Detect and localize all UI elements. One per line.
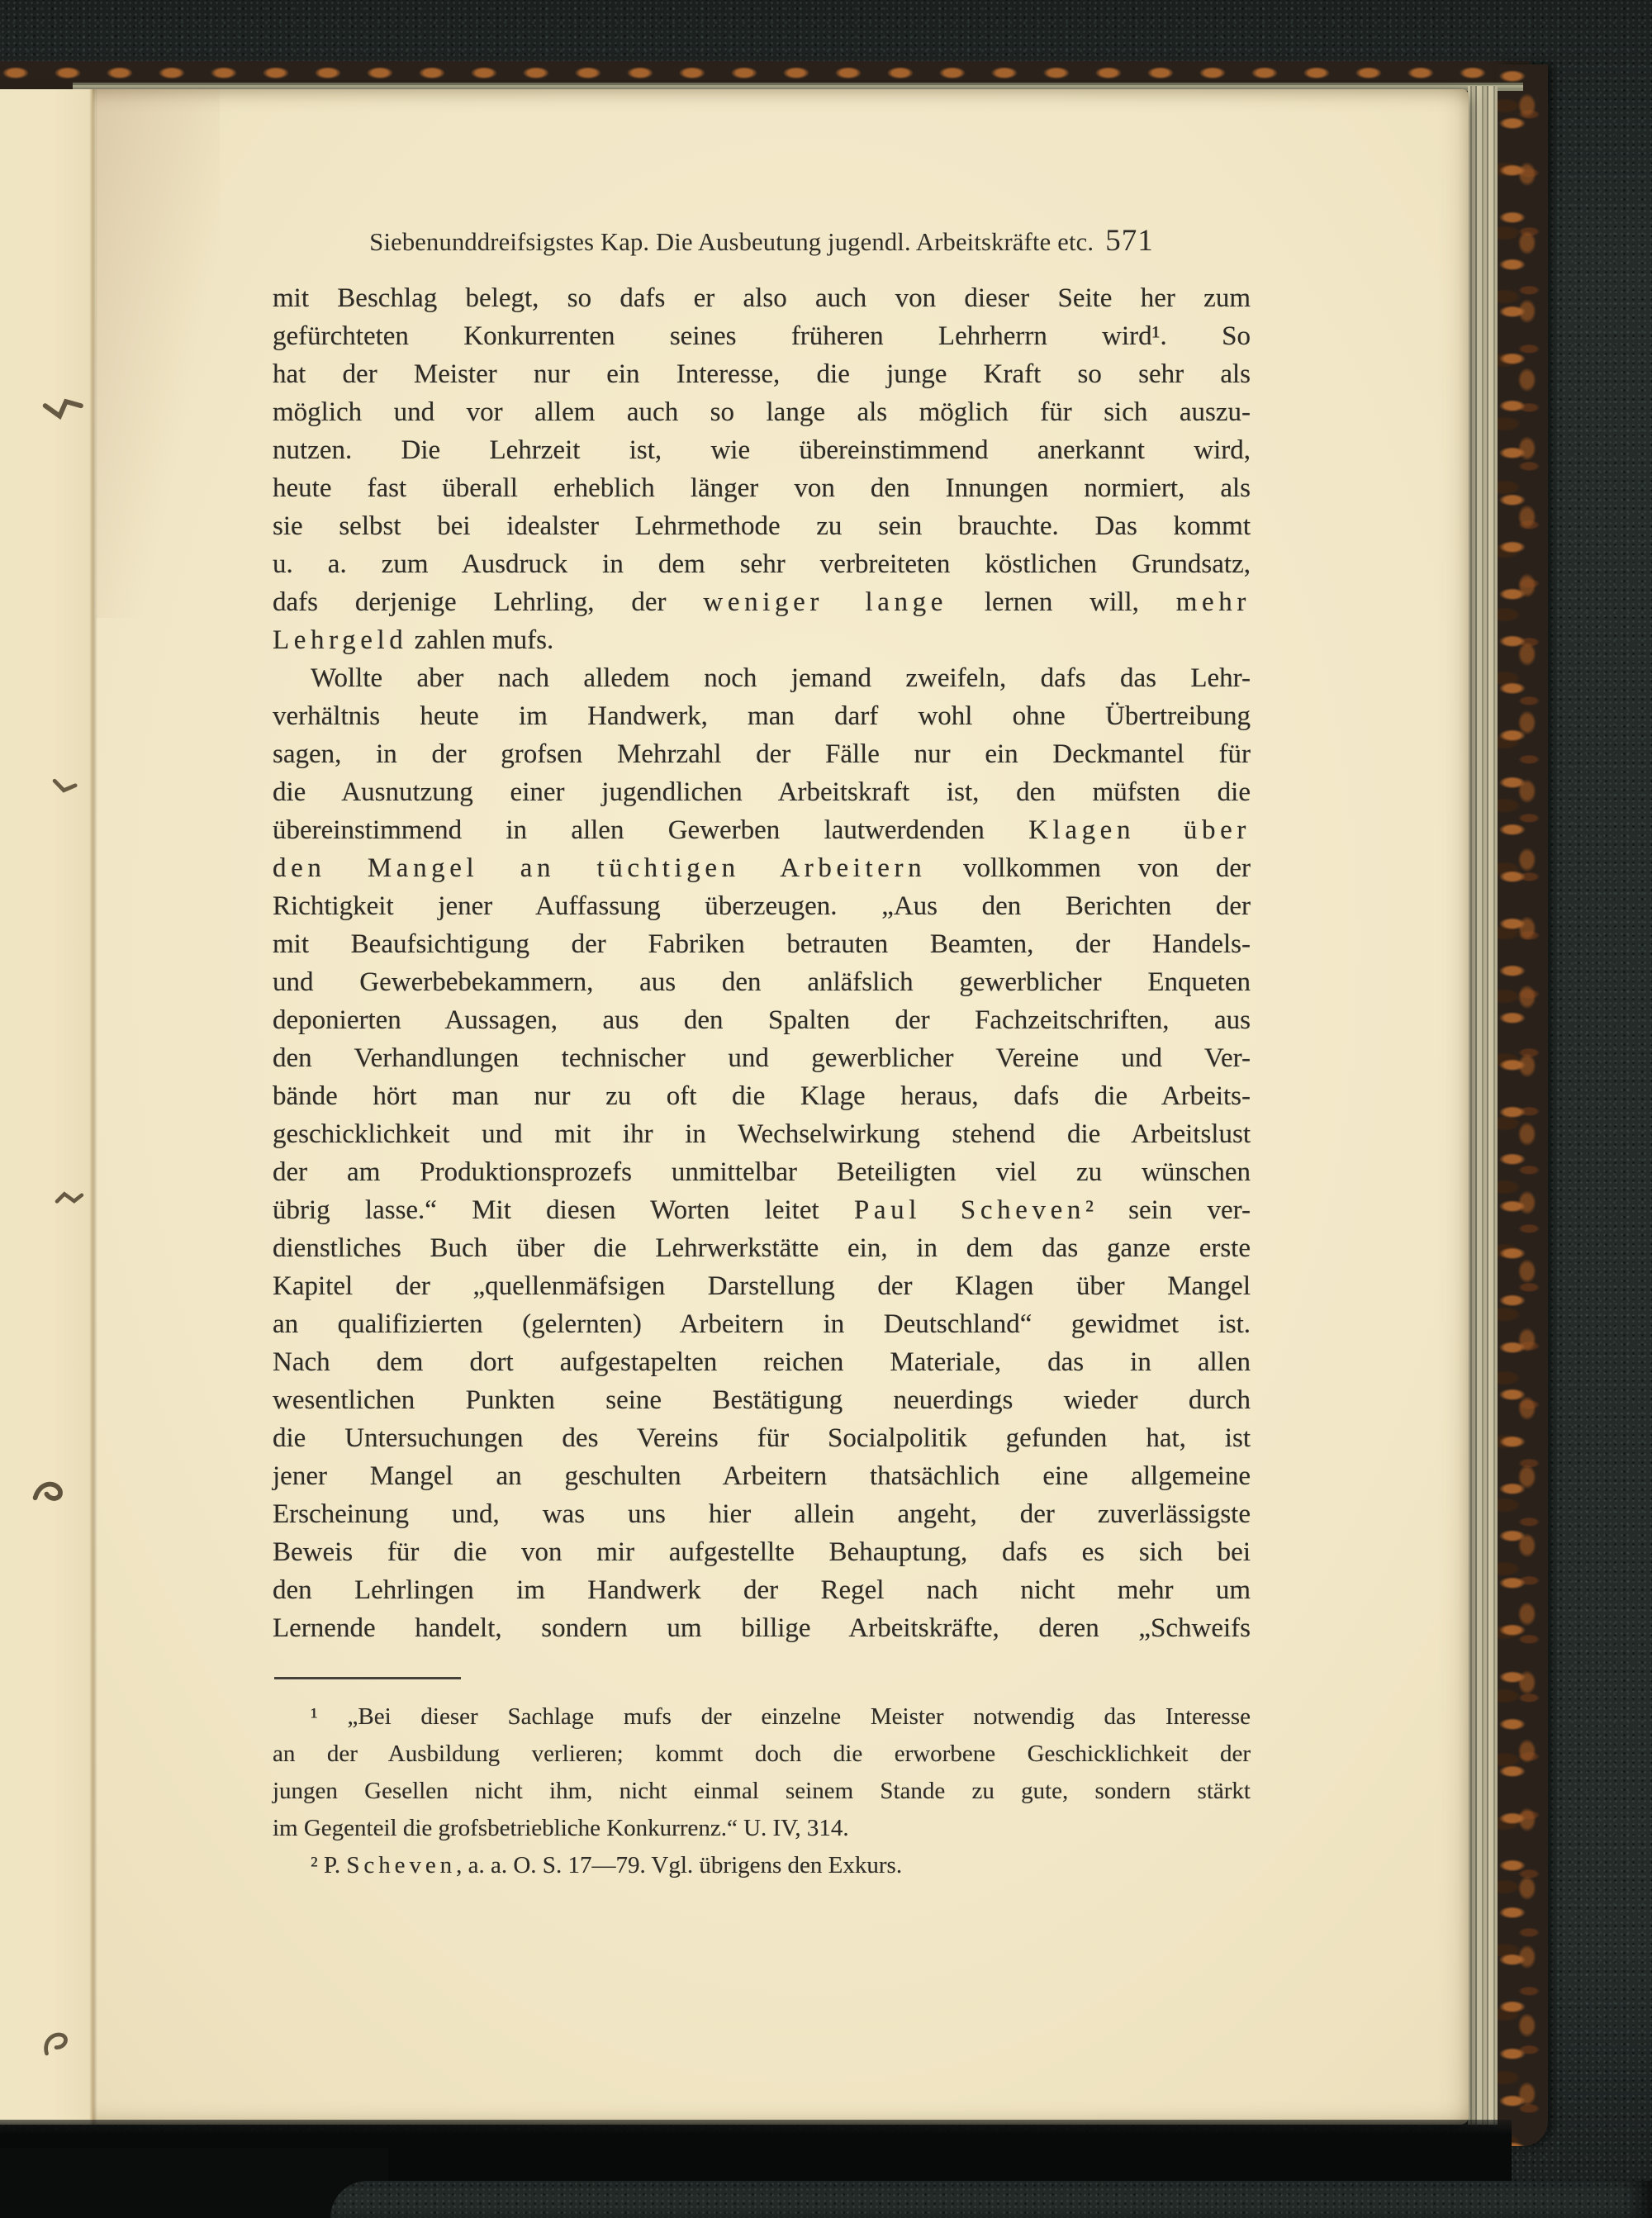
text-segment: Beweis für die von mir aufgestellte Beha… bbox=[273, 1537, 1251, 1567]
text-line: bände hört man nur zu oft die Klage hera… bbox=[273, 1077, 1251, 1115]
text-segment: Kapitel der „quellenmäfsigen Darstellung… bbox=[273, 1271, 1251, 1301]
text-segment: der am Produktionsprozefs unmittelbar Be… bbox=[273, 1157, 1251, 1187]
text-segment: zahlen mufs. bbox=[407, 625, 553, 655]
text-line: ¹ „Bei dieser Sachlage mufs der einzelne… bbox=[273, 1698, 1251, 1736]
text-segment: an der Ausbildung verlieren; kommt doch … bbox=[273, 1741, 1251, 1767]
text-segment: sagen, in der grofsen Mehrzahl der Fälle… bbox=[273, 739, 1251, 769]
text-line: an qualifizierten (gelernten) Arbeitern … bbox=[273, 1305, 1251, 1343]
text-line: Nach dem dort aufgestapelten reichen Mat… bbox=[273, 1343, 1251, 1381]
lower-cover-edge bbox=[330, 2181, 1652, 2218]
text-segment: ² sein ver- bbox=[1085, 1195, 1251, 1225]
text-segment: Nach dem dort aufgestapelten reichen Mat… bbox=[273, 1347, 1251, 1377]
text-segment: nutzen. Die Lehrzeit ist, wie übereinsti… bbox=[273, 435, 1251, 465]
text-segment: jungen Gesellen nicht ihm, nicht einmal … bbox=[273, 1778, 1251, 1804]
page-number: 571 bbox=[1105, 224, 1154, 258]
text-segment: , a. a. O. S. 17—79. Vgl. übrigens den E… bbox=[456, 1852, 902, 1878]
letterspaced-text: Scheven bbox=[346, 1852, 456, 1878]
letterspaced-text: den Mangel an tüchtigen Arbeitern bbox=[273, 853, 926, 883]
text-segment: im Gegenteil die grofsbetriebliche Konku… bbox=[273, 1815, 849, 1841]
text-segment: jener Mangel an geschulten Arbeitern tha… bbox=[273, 1461, 1251, 1491]
text-line: u. a. zum Ausdruck in dem sehr verbreite… bbox=[273, 545, 1251, 583]
text-line: den Lehrlingen im Handwerk der Regel nac… bbox=[273, 1571, 1251, 1609]
text-line: den Mangel an tüchtigen Arbeitern vollko… bbox=[273, 849, 1251, 887]
text-line: deponierten Aussagen, aus den Spalten de… bbox=[273, 1001, 1251, 1039]
text-segment: heute fast überall erheblich länger von … bbox=[273, 473, 1251, 503]
letterspaced-text: Klagen über bbox=[1028, 815, 1251, 845]
letterspaced-text: mehr bbox=[1176, 587, 1251, 617]
text-segment: hat der Meister nur ein Interesse, die j… bbox=[273, 359, 1251, 389]
bottom-left-shadow bbox=[0, 2148, 388, 2218]
text-line: sagen, in der grofsen Mehrzahl der Fälle… bbox=[273, 735, 1251, 773]
text-line: jungen Gesellen nicht ihm, nicht einmal … bbox=[273, 1773, 1251, 1810]
text-line: Beweis für die von mir aufgestellte Beha… bbox=[273, 1533, 1251, 1571]
text-line: jener Mangel an geschulten Arbeitern tha… bbox=[273, 1457, 1251, 1495]
text-line: hat der Meister nur ein Interesse, die j… bbox=[273, 355, 1251, 393]
stitch-thread-icon bbox=[54, 1188, 85, 1209]
text-segment: die Untersuchungen des Vereins für Socia… bbox=[273, 1423, 1251, 1453]
text-line: Erscheinung und, was uns hier allein ang… bbox=[273, 1495, 1251, 1533]
text-segment: deponierten Aussagen, aus den Spalten de… bbox=[273, 1005, 1251, 1035]
text-segment: und Gewerbebekammern, aus den anläfslich… bbox=[273, 967, 1251, 997]
text-line: Wollte aber nach alledem noch jemand zwe… bbox=[273, 659, 1251, 697]
text-line: mit Beschlag belegt, so dafs er also auc… bbox=[273, 279, 1251, 317]
page-fold-shadow bbox=[96, 89, 220, 618]
chapter-running-title: Siebenunddreifsigstes Kap. Die Ausbeutun… bbox=[369, 228, 1094, 256]
text-segment: ² P. bbox=[311, 1852, 346, 1878]
text-segment: sie selbst bei idealster Lehrmethode zu … bbox=[273, 511, 1251, 541]
text-line: mit Beaufsichtigung der Fabriken betraut… bbox=[273, 925, 1251, 963]
text-line: und Gewerbebekammern, aus den anläfslich… bbox=[273, 963, 1251, 1001]
footnotes: ¹ „Bei dieser Sachlage mufs der einzelne… bbox=[273, 1698, 1251, 1884]
text-line: wesentlichen Punkten seine Bestätigung n… bbox=[273, 1381, 1251, 1419]
text-segment: u. a. zum Ausdruck in dem sehr verbreite… bbox=[273, 549, 1251, 579]
text-segment: dienstliches Buch über die Lehrwerkstätt… bbox=[273, 1233, 1251, 1263]
page-header: Siebenunddreifsigstes Kap. Die Ausbeutun… bbox=[273, 223, 1251, 259]
text-line: ² P. Scheven, a. a. O. S. 17—79. Vgl. üb… bbox=[273, 1847, 1251, 1884]
text-line: der am Produktionsprozefs unmittelbar Be… bbox=[273, 1153, 1251, 1191]
text-line: die Untersuchungen des Vereins für Socia… bbox=[273, 1419, 1251, 1457]
text-segment: den Verhandlungen technischer und gewerb… bbox=[273, 1043, 1251, 1073]
paragraph: mit Beschlag belegt, so dafs er also auc… bbox=[273, 279, 1251, 659]
text-line: heute fast überall erheblich länger von … bbox=[273, 469, 1251, 507]
text-line: an der Ausbildung verlieren; kommt doch … bbox=[273, 1736, 1251, 1773]
text-segment: Lernende handelt, sondern um billige Arb… bbox=[273, 1613, 1251, 1643]
marbled-cover-edge-right bbox=[1497, 64, 1548, 2146]
text-segment: die Ausnutzung einer jugendlichen Arbeit… bbox=[273, 777, 1251, 807]
letterspaced-text: Lehrgeld bbox=[273, 625, 407, 655]
text-segment: den Lehrlingen im Handwerk der Regel nac… bbox=[273, 1575, 1251, 1605]
text-segment: wesentlichen Punkten seine Bestätigung n… bbox=[273, 1385, 1251, 1415]
text-segment: vollkommen von der bbox=[926, 853, 1251, 883]
text-line: im Gegenteil die grofsbetriebliche Konku… bbox=[273, 1810, 1251, 1847]
footnote-separator bbox=[274, 1677, 461, 1679]
text-segment: verhältnis heute im Handwerk, man darf w… bbox=[273, 701, 1251, 731]
text-line: verhältnis heute im Handwerk, man darf w… bbox=[273, 697, 1251, 735]
text-line: Kapitel der „quellenmäfsigen Darstellung… bbox=[273, 1267, 1251, 1305]
text-segment: Richtigkeit jener Auffassung überzeugen.… bbox=[273, 891, 1251, 921]
text-line: dafs derjenige Lehrling, der weniger lan… bbox=[273, 583, 1251, 621]
text-line: möglich und vor allem auch so lange als … bbox=[273, 393, 1251, 431]
text-segment: übrig lasse.“ Mit diesen Worten leitet bbox=[273, 1195, 854, 1225]
text-segment: an qualifizierten (gelernten) Arbeitern … bbox=[273, 1309, 1251, 1339]
text-line: übrig lasse.“ Mit diesen Worten leitet P… bbox=[273, 1191, 1251, 1229]
text-segment: gefürchteten Konkurrenten seines frühere… bbox=[273, 321, 1251, 351]
text-segment: mit Beaufsichtigung der Fabriken betraut… bbox=[273, 929, 1251, 959]
text-segment: ¹ „Bei dieser Sachlage mufs der einzelne… bbox=[311, 1703, 1251, 1730]
text-line: den Verhandlungen technischer und gewerb… bbox=[273, 1039, 1251, 1077]
text-line: dienstliches Buch über die Lehrwerkstätt… bbox=[273, 1229, 1251, 1267]
text-segment: übereinstimmend in allen Gewerben lautwe… bbox=[273, 815, 1028, 845]
text-line: Richtigkeit jener Auffassung überzeugen.… bbox=[273, 887, 1251, 925]
text-segment: geschicklichkeit und mit ihr in Wechselw… bbox=[273, 1119, 1251, 1149]
text-line: geschicklichkeit und mit ihr in Wechselw… bbox=[273, 1115, 1251, 1153]
letterspaced-text: weniger lange bbox=[703, 587, 947, 617]
body-text: mit Beschlag belegt, so dafs er also auc… bbox=[273, 279, 1251, 1647]
text-line: Lehrgeld zahlen mufs. bbox=[273, 621, 1251, 659]
text-line: gefürchteten Konkurrenten seines frühere… bbox=[273, 317, 1251, 355]
text-segment: Wollte aber nach alledem noch jemand zwe… bbox=[311, 663, 1251, 693]
text-line: sie selbst bei idealster Lehrmethode zu … bbox=[273, 507, 1251, 545]
text-segment: möglich und vor allem auch so lange als … bbox=[273, 397, 1251, 427]
text-segment: dafs derjenige Lehrling, der bbox=[273, 587, 703, 617]
paragraph: Wollte aber nach alledem noch jemand zwe… bbox=[273, 659, 1251, 1647]
text-segment: Erscheinung und, was uns hier allein ang… bbox=[273, 1499, 1251, 1529]
letterspaced-text: Paul Scheven bbox=[854, 1195, 1085, 1225]
text-segment: mit Beschlag belegt, so dafs er also auc… bbox=[273, 283, 1251, 313]
text-line: nutzen. Die Lehrzeit ist, wie übereinsti… bbox=[273, 431, 1251, 469]
page-edge-stack-right bbox=[1468, 86, 1498, 2125]
text-line: die Ausnutzung einer jugendlichen Arbeit… bbox=[273, 773, 1251, 811]
stitch-thread-icon bbox=[31, 1477, 69, 1503]
text-line: übereinstimmend in allen Gewerben lautwe… bbox=[273, 811, 1251, 849]
text-segment: lernen will, bbox=[947, 587, 1176, 617]
text-segment: bände hört man nur zu oft die Klage hera… bbox=[273, 1081, 1251, 1111]
text-line: Lernende handelt, sondern um billige Arb… bbox=[273, 1609, 1251, 1647]
